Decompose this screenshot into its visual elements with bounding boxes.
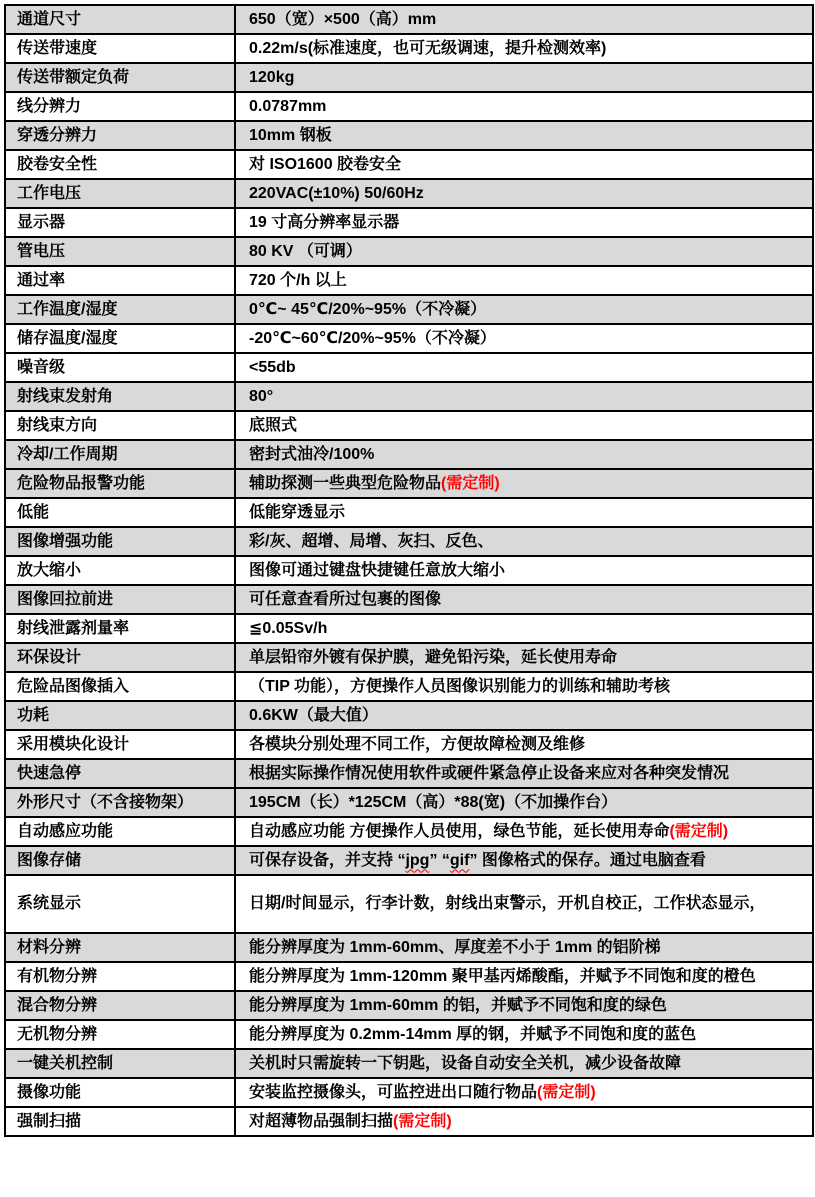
- spec-value: 单层铅帘外镀有保护膜，避免铅污染，延长使用寿命: [235, 643, 813, 672]
- spec-value: 能分辨厚度为 1mm-60mm、厚度差不小于 1mm 的铝阶梯: [235, 933, 813, 962]
- value-text: 10mm 钢板: [249, 127, 332, 144]
- spec-label: 冷却/工作周期: [5, 440, 235, 469]
- spec-label: 低能: [5, 498, 235, 527]
- spec-label: 自动感应功能: [5, 817, 235, 846]
- table-row: 采用模块化设计各模块分别处理不同工作，方便故障检测及维修: [5, 730, 813, 759]
- value-text: 图像可通过键盘快捷键任意放大缩小: [249, 562, 505, 579]
- value-text: 能分辨厚度为 1mm-120mm 聚甲基丙烯酸酯，并赋予不同饱和度的橙色: [249, 968, 756, 985]
- table-row: 管电压80 KV （可调）: [5, 237, 813, 266]
- spec-value: 0℃~ 45℃/20%~95%（不冷凝）: [235, 295, 813, 324]
- table-row: 放大缩小图像可通过键盘快捷键任意放大缩小: [5, 556, 813, 585]
- spec-label: 工作电压: [5, 179, 235, 208]
- spec-label: 混合物分辨: [5, 991, 235, 1020]
- table-row: 胶卷安全性对 ISO1600 胶卷安全: [5, 150, 813, 179]
- table-row: 噪音级<55db: [5, 353, 813, 382]
- table-row: 危险物品报警功能辅助探测一些典型危险物品(需定制): [5, 469, 813, 498]
- value-text: 650（宽）×500（高）mm: [249, 11, 436, 28]
- value-text: 能分辨厚度为 1mm-60mm 的铝，并赋予不同饱和度的绿色: [249, 997, 667, 1014]
- spec-label: 采用模块化设计: [5, 730, 235, 759]
- value-text: 自动感应功能 方便操作人员使用，绿色节能，延长使用寿命: [249, 823, 669, 840]
- table-row: 冷却/工作周期密封式油冷/100%: [5, 440, 813, 469]
- spec-value: 可保存设备，并支持 “jpg” “gif” 图像格式的保存。通过电脑查看: [235, 846, 813, 875]
- spec-value: 195CM（长）*125CM（高）*88(宽)（不加操作台）: [235, 788, 813, 817]
- spec-label: 放大缩小: [5, 556, 235, 585]
- table-row: 通道尺寸650（宽）×500（高）mm: [5, 5, 813, 34]
- value-text: （TIP 功能），方便操作人员图像识别能力的训练和辅助考核: [249, 678, 670, 695]
- spec-value: 辅助探测一些典型危险物品(需定制): [235, 469, 813, 498]
- value-text: 可任意查看所过包裹的图像: [249, 591, 441, 608]
- spec-value: 720 个/h 以上: [235, 266, 813, 295]
- spec-label: 无机物分辨: [5, 1020, 235, 1049]
- spec-label: 噪音级: [5, 353, 235, 382]
- spec-label: 通过率: [5, 266, 235, 295]
- spec-label: 射线束方向: [5, 411, 235, 440]
- spec-label: 穿透分辨力: [5, 121, 235, 150]
- custom-required-note: (需定制): [393, 1113, 452, 1130]
- spec-value: 可任意查看所过包裹的图像: [235, 585, 813, 614]
- table-row: 射线泄露剂量率≦0.05Sv/h: [5, 614, 813, 643]
- spec-label: 有机物分辨: [5, 962, 235, 991]
- value-text: 220VAC(±10%) 50/60Hz: [249, 185, 424, 202]
- table-row: 射线束方向底照式: [5, 411, 813, 440]
- spec-label: 通道尺寸: [5, 5, 235, 34]
- spec-value: 安装监控摄像头，可监控进出口随行物品(需定制): [235, 1078, 813, 1107]
- spec-value: 图像可通过键盘快捷键任意放大缩小: [235, 556, 813, 585]
- spec-value: -20℃~60℃/20%~95%（不冷凝）: [235, 324, 813, 353]
- spec-label: 危险物品报警功能: [5, 469, 235, 498]
- table-row: 通过率720 个/h 以上: [5, 266, 813, 295]
- value-text: 根据实际操作情况使用软件或硬件紧急停止设备来应对各种突发情况: [249, 765, 729, 782]
- spec-value: 彩/灰、超增、局增、灰扫、反色、: [235, 527, 813, 556]
- value-text: 对 ISO1600 胶卷安全: [249, 156, 401, 173]
- spec-label: 材料分辨: [5, 933, 235, 962]
- table-row: 材料分辨能分辨厚度为 1mm-60mm、厚度差不小于 1mm 的铝阶梯: [5, 933, 813, 962]
- value-text: 720 个/h 以上: [249, 272, 347, 289]
- value-text: 安装监控摄像头，可监控进出口随行物品: [249, 1084, 537, 1101]
- value-text: 能分辨厚度为 0.2mm-14mm 厚的钢，并赋予不同饱和度的蓝色: [249, 1026, 696, 1043]
- spec-label: 传送带额定负荷: [5, 63, 235, 92]
- spec-value: 19 寸高分辨率显示器: [235, 208, 813, 237]
- custom-required-note: (需定制): [441, 475, 500, 492]
- value-text: 各模块分别处理不同工作，方便故障检测及维修: [249, 736, 585, 753]
- spec-value: 能分辨厚度为 1mm-60mm 的铝，并赋予不同饱和度的绿色: [235, 991, 813, 1020]
- spec-label: 储存温度/湿度: [5, 324, 235, 353]
- spec-label: 危险品图像插入: [5, 672, 235, 701]
- value-text: ” 图像格式的保存。通过电脑查看: [469, 852, 705, 869]
- spec-value: 各模块分别处理不同工作，方便故障检测及维修: [235, 730, 813, 759]
- spec-value: <55db: [235, 353, 813, 382]
- value-text: 可保存设备，并支持 “: [249, 852, 405, 869]
- value-text: 日期/时间显示，行李计数，射线出束警示，开机自校正，工作状态显示，: [249, 895, 765, 912]
- value-text: 80°: [249, 388, 273, 405]
- spec-value: 自动感应功能 方便操作人员使用，绿色节能，延长使用寿命(需定制): [235, 817, 813, 846]
- table-row: 一键关机控制关机时只需旋转一下钥匙，设备自动安全关机，减少设备故障: [5, 1049, 813, 1078]
- value-text: 195CM（长）*125CM（高）*88(宽)（不加操作台）: [249, 794, 617, 811]
- spec-value: 0.0787mm: [235, 92, 813, 121]
- spec-sheet-page: 通道尺寸650（宽）×500（高）mm传送带速度0.22m/s(标准速度，也可无…: [0, 0, 815, 1197]
- spellcheck-word: gif: [450, 852, 470, 869]
- value-text: ≦0.05Sv/h: [249, 620, 327, 637]
- table-row: 系统显示日期/时间显示，行李计数，射线出束警示，开机自校正，工作状态显示，: [5, 875, 813, 933]
- table-row: 摄像功能安装监控摄像头，可监控进出口随行物品(需定制): [5, 1078, 813, 1107]
- table-row: 工作温度/湿度0℃~ 45℃/20%~95%（不冷凝）: [5, 295, 813, 324]
- spec-value: 低能穿透显示: [235, 498, 813, 527]
- value-text: 密封式油冷/100%: [249, 446, 374, 463]
- spec-label: 管电压: [5, 237, 235, 266]
- spec-label: 环保设计: [5, 643, 235, 672]
- spec-label: 射线泄露剂量率: [5, 614, 235, 643]
- value-text: 彩/灰、超增、局增、灰扫、反色、: [249, 533, 493, 550]
- table-row: 无机物分辨能分辨厚度为 0.2mm-14mm 厚的钢，并赋予不同饱和度的蓝色: [5, 1020, 813, 1049]
- spellcheck-word: jpg: [405, 852, 429, 869]
- table-row: 功耗0.6KW（最大值）: [5, 701, 813, 730]
- spec-table: 通道尺寸650（宽）×500（高）mm传送带速度0.22m/s(标准速度，也可无…: [4, 4, 814, 1137]
- table-row: 图像回拉前进可任意查看所过包裹的图像: [5, 585, 813, 614]
- value-text: 能分辨厚度为 1mm-60mm、厚度差不小于 1mm 的铝阶梯: [249, 939, 661, 956]
- spec-value: 关机时只需旋转一下钥匙，设备自动安全关机，减少设备故障: [235, 1049, 813, 1078]
- value-text: <55db: [249, 359, 296, 376]
- spec-label: 胶卷安全性: [5, 150, 235, 179]
- spec-label: 工作温度/湿度: [5, 295, 235, 324]
- table-row: 低能低能穿透显示: [5, 498, 813, 527]
- spec-value: 0.6KW（最大值）: [235, 701, 813, 730]
- table-row: 快速急停根据实际操作情况使用软件或硬件紧急停止设备来应对各种突发情况: [5, 759, 813, 788]
- spec-value: 根据实际操作情况使用软件或硬件紧急停止设备来应对各种突发情况: [235, 759, 813, 788]
- spec-label: 传送带速度: [5, 34, 235, 63]
- value-text: -20℃~60℃/20%~95%（不冷凝）: [249, 330, 496, 347]
- spec-label: 图像存储: [5, 846, 235, 875]
- table-row: 混合物分辨能分辨厚度为 1mm-60mm 的铝，并赋予不同饱和度的绿色: [5, 991, 813, 1020]
- spec-label: 功耗: [5, 701, 235, 730]
- spec-value: 能分辨厚度为 0.2mm-14mm 厚的钢，并赋予不同饱和度的蓝色: [235, 1020, 813, 1049]
- spec-label: 图像回拉前进: [5, 585, 235, 614]
- table-row: 强制扫描对超薄物品强制扫描(需定制): [5, 1107, 813, 1136]
- table-row: 图像增强功能彩/灰、超增、局增、灰扫、反色、: [5, 527, 813, 556]
- value-text: 底照式: [249, 417, 297, 434]
- table-row: 射线束发射角80°: [5, 382, 813, 411]
- table-row: 储存温度/湿度-20℃~60℃/20%~95%（不冷凝）: [5, 324, 813, 353]
- table-row: 传送带速度0.22m/s(标准速度，也可无级调速，提升检测效率): [5, 34, 813, 63]
- value-text: ” “: [429, 852, 449, 869]
- custom-required-note: (需定制): [537, 1084, 596, 1101]
- spec-label: 快速急停: [5, 759, 235, 788]
- value-text: 对超薄物品强制扫描: [249, 1113, 393, 1130]
- spec-label: 射线束发射角: [5, 382, 235, 411]
- spec-label: 图像增强功能: [5, 527, 235, 556]
- table-row: 显示器19 寸高分辨率显示器: [5, 208, 813, 237]
- spec-value: 对 ISO1600 胶卷安全: [235, 150, 813, 179]
- custom-required-note: (需定制): [669, 823, 728, 840]
- value-text: 0.6KW（最大值）: [249, 707, 378, 724]
- spec-value: 底照式: [235, 411, 813, 440]
- table-row: 穿透分辨力10mm 钢板: [5, 121, 813, 150]
- value-text: 单层铅帘外镀有保护膜，避免铅污染，延长使用寿命: [249, 649, 617, 666]
- value-text: 关机时只需旋转一下钥匙，设备自动安全关机，减少设备故障: [249, 1055, 681, 1072]
- spec-label: 外形尺寸（不含接物架）: [5, 788, 235, 817]
- table-row: 线分辨力0.0787mm: [5, 92, 813, 121]
- value-text: 辅助探测一些典型危险物品: [249, 475, 441, 492]
- value-text: 0℃~ 45℃/20%~95%（不冷凝）: [249, 301, 486, 318]
- value-text: 0.0787mm: [249, 98, 326, 115]
- spec-value: 对超薄物品强制扫描(需定制): [235, 1107, 813, 1136]
- spec-value: 0.22m/s(标准速度，也可无级调速，提升检测效率): [235, 34, 813, 63]
- spec-label: 一键关机控制: [5, 1049, 235, 1078]
- spec-value: 能分辨厚度为 1mm-120mm 聚甲基丙烯酸酯，并赋予不同饱和度的橙色: [235, 962, 813, 991]
- table-row: 有机物分辨能分辨厚度为 1mm-120mm 聚甲基丙烯酸酯，并赋予不同饱和度的橙…: [5, 962, 813, 991]
- table-row: 图像存储可保存设备，并支持 “jpg” “gif” 图像格式的保存。通过电脑查看: [5, 846, 813, 875]
- value-text: 80 KV （可调）: [249, 243, 362, 260]
- table-row: 环保设计单层铅帘外镀有保护膜，避免铅污染，延长使用寿命: [5, 643, 813, 672]
- value-text: 19 寸高分辨率显示器: [249, 214, 399, 231]
- table-row: 外形尺寸（不含接物架）195CM（长）*125CM（高）*88(宽)（不加操作台…: [5, 788, 813, 817]
- spec-value: 120kg: [235, 63, 813, 92]
- spec-value: 日期/时间显示，行李计数，射线出束警示，开机自校正，工作状态显示，: [235, 875, 813, 933]
- spec-value: 80°: [235, 382, 813, 411]
- table-row: 自动感应功能自动感应功能 方便操作人员使用，绿色节能，延长使用寿命(需定制): [5, 817, 813, 846]
- spec-value: 密封式油冷/100%: [235, 440, 813, 469]
- spec-value: 10mm 钢板: [235, 121, 813, 150]
- spec-table-body: 通道尺寸650（宽）×500（高）mm传送带速度0.22m/s(标准速度，也可无…: [5, 5, 813, 1136]
- table-row: 传送带额定负荷120kg: [5, 63, 813, 92]
- spec-label: 显示器: [5, 208, 235, 237]
- value-text: 0.22m/s(标准速度，也可无级调速，提升检测效率): [249, 40, 606, 57]
- spec-label: 线分辨力: [5, 92, 235, 121]
- spec-value: 650（宽）×500（高）mm: [235, 5, 813, 34]
- spec-value: （TIP 功能），方便操作人员图像识别能力的训练和辅助考核: [235, 672, 813, 701]
- spec-value: 220VAC(±10%) 50/60Hz: [235, 179, 813, 208]
- table-row: 工作电压220VAC(±10%) 50/60Hz: [5, 179, 813, 208]
- table-row: 危险品图像插入（TIP 功能），方便操作人员图像识别能力的训练和辅助考核: [5, 672, 813, 701]
- value-text: 低能穿透显示: [249, 504, 345, 521]
- spec-label: 系统显示: [5, 875, 235, 933]
- spec-label: 强制扫描: [5, 1107, 235, 1136]
- value-text: 120kg: [249, 69, 294, 86]
- spec-value: ≦0.05Sv/h: [235, 614, 813, 643]
- spec-value: 80 KV （可调）: [235, 237, 813, 266]
- spec-label: 摄像功能: [5, 1078, 235, 1107]
